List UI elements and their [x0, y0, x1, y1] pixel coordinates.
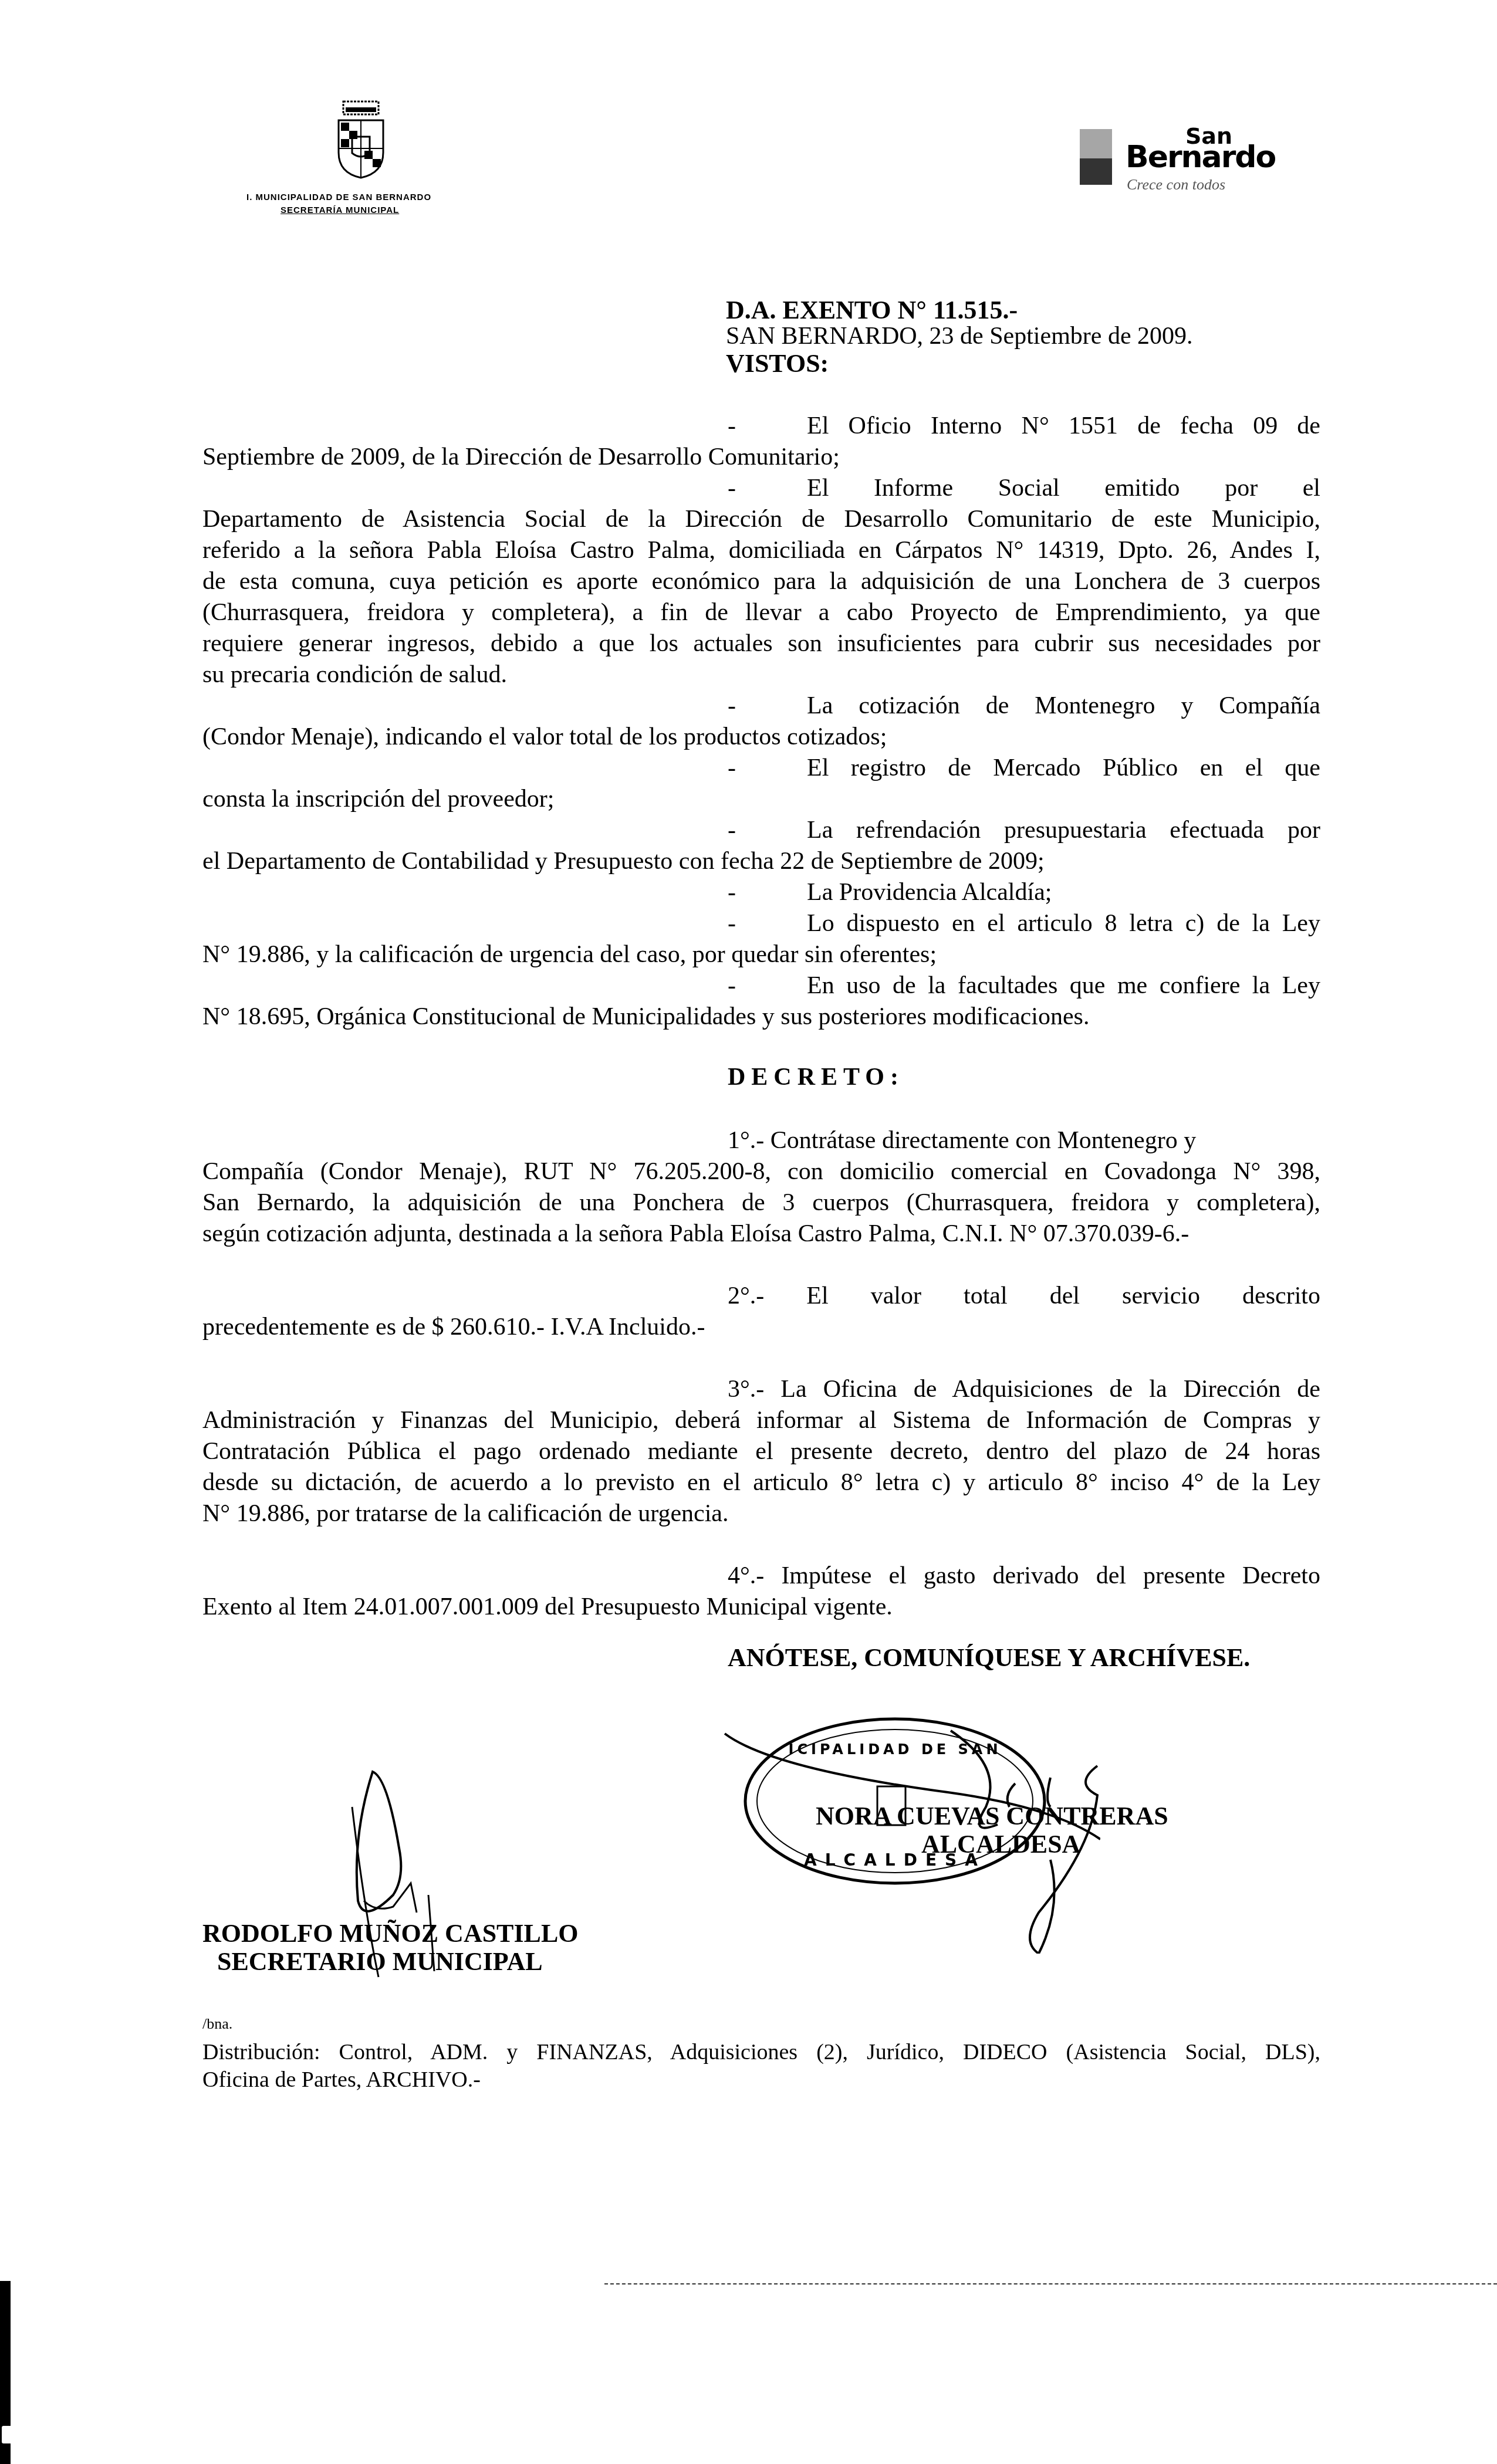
visto-item: Septiembre de 2009, de la Dirección de D…: [202, 442, 1320, 473]
bullet-dash: -: [728, 691, 736, 722]
decreto-heading: DECRETO:: [728, 1063, 904, 1091]
visto-item: referido a la señora Pabla Eloísa Castro…: [202, 535, 1320, 566]
mayor-signature-icon: [851, 1719, 1203, 1954]
article-1-line: según cotización adjunta, destinada a la…: [202, 1219, 1320, 1250]
article-3-line: desde su dictación, de acuerdo a lo prev…: [202, 1467, 1320, 1498]
visto-item: consta la inscripción del proveedor;: [202, 784, 1320, 815]
visto-item: (Churrasquera, freidora y completera), a…: [202, 597, 1320, 628]
secretary-signature-icon: [329, 1754, 475, 1989]
visto-item: El registro de Mercado Público en el que: [807, 753, 1320, 784]
visto-item: La cotización de Montenegro y Compañía: [807, 691, 1320, 722]
department-name: SECRETARÍA MUNICIPAL: [281, 205, 399, 215]
visto-item: requiere generar ingresos, debido a que …: [202, 628, 1320, 659]
distribution-list: Distribución: Control, ADM. y FINANZAS, …: [202, 2039, 1320, 2066]
visto-item: En uso de la facultades que me confiere …: [807, 970, 1320, 1001]
visto-item: El Oficio Interno N° 1551 de fecha 09 de: [807, 411, 1320, 442]
scan-edge-gap: [2, 2426, 15, 2443]
article-4-line: Exento al Item 24.01.007.001.009 del Pre…: [202, 1592, 1320, 1623]
municipality-name: I. MUNICIPALIDAD DE SAN BERNARDO: [246, 192, 431, 202]
bullet-dash: -: [728, 877, 736, 908]
visto-item: Departamento de Asistencia Social de la …: [202, 504, 1320, 535]
visto-item: de esta comuna, cuya petición es aporte …: [202, 566, 1320, 597]
bullet-dash: -: [728, 411, 736, 442]
bullet-dash: -: [728, 970, 736, 1001]
visto-item: N° 18.695, Orgánica Constitucional de Mu…: [202, 1001, 1320, 1033]
vistos-heading: VISTOS:: [726, 348, 829, 378]
article-4: 4°.- Impútese el gasto derivado del pres…: [728, 1561, 1320, 1592]
municipal-crest-icon: [326, 97, 396, 179]
distribution-list: Oficina de Partes, ARCHIVO.-: [202, 2066, 1320, 2094]
visto-item: su precaria condición de salud.: [202, 659, 1320, 691]
article-1: 1°.- Contrátase directamente con Montene…: [728, 1125, 1196, 1156]
bullet-dash: -: [728, 815, 736, 846]
visto-item: La Providencia Alcaldía;: [807, 877, 1320, 908]
bullet-dash: -: [728, 753, 736, 784]
bullet-dash: -: [728, 908, 736, 939]
article-1-line: Compañía (Condor Menaje), RUT N° 76.205.…: [202, 1156, 1320, 1187]
visto-item: La refrendación presupuestaria efectuada…: [807, 815, 1320, 846]
logo-tagline: Crece con todos: [1127, 176, 1225, 194]
article-1-line: San Bernardo, la adquisición de una Ponc…: [202, 1187, 1320, 1219]
article-2: 2°.- El valor total del servicio descrit…: [728, 1281, 1320, 1312]
closing-formula: ANÓTESE, COMUNÍQUESE Y ARCHÍVESE.: [728, 1643, 1250, 1673]
visto-item: el Departamento de Contabilidad y Presup…: [202, 846, 1320, 877]
logo-text-bernardo: Bernardo: [1126, 140, 1275, 175]
visto-item: El Informe Social emitido por el: [807, 473, 1320, 504]
article-3-line: Administración y Finanzas del Municipio,…: [202, 1405, 1320, 1436]
bullet-dash: -: [728, 473, 736, 504]
visto-item: Lo dispuesto en el articulo 8 letra c) d…: [807, 908, 1320, 939]
article-2-line: precedentemente es de $ 260.610.- I.V.A …: [202, 1312, 1320, 1343]
scan-artifact-line: [604, 2283, 1497, 2284]
visto-item: (Condor Menaje), indicando el valor tota…: [202, 722, 1320, 753]
article-3-line: N° 19.886, por tratarse de la calificaci…: [202, 1498, 1320, 1529]
decree-number: D.A. EXENTO N° 11.515.-: [726, 295, 1018, 325]
typist-initials: /bna.: [202, 2015, 232, 2033]
article-3: 3°.- La Oficina de Adquisiciones de la D…: [728, 1374, 1320, 1405]
decree-date: SAN BERNARDO, 23 de Septiembre de 2009.: [726, 322, 1193, 350]
article-3-line: Contratación Pública el pago ordenado me…: [202, 1436, 1320, 1467]
visto-item: N° 19.886, y la calificación de urgencia…: [202, 939, 1320, 970]
